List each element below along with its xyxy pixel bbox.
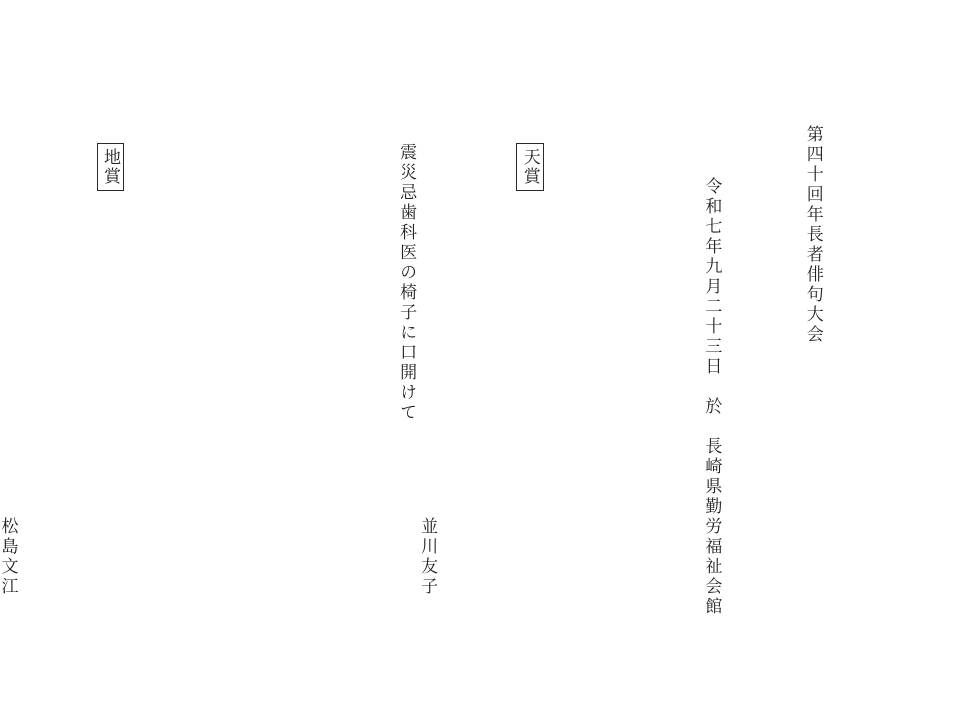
award-heaven-label: 天賞	[516, 143, 543, 191]
vertical-text-layout: 第四十回年長者俳句大会 令和七年九月二十三日 於 長崎県勤労福祉会館 天賞 震災…	[0, 85, 890, 685]
award-label-column: 天賞	[494, 85, 565, 685]
award-section-earth: 地賞 肩書のとれて温顔敬老日 松島文江	[0, 85, 190, 685]
author-name: 並川友子	[416, 517, 438, 597]
page-title: 第四十回年長者俳句大会	[802, 85, 824, 685]
award-earth-label: 地賞	[97, 143, 124, 191]
document-page: 第四十回年長者俳句大会 令和七年九月二十三日 於 長崎県勤労福祉会館 天賞 震災…	[0, 0, 960, 725]
haiku-column: 震災忌歯科医の椅子に口開けて 並川友子	[351, 85, 439, 685]
haiku-text: 震災忌歯科医の椅子に口開けて	[397, 143, 416, 423]
award-section-heaven: 天賞 震災忌歯科医の椅子に口開けて 並川友子	[307, 85, 610, 685]
date-venue-line: 令和七年九月二十三日 於 長崎県勤労福祉会館	[700, 85, 722, 685]
award-label-column: 地賞	[75, 85, 146, 685]
author-name: 松島文江	[0, 517, 19, 597]
haiku-column: 肩書のとれて温顔敬老日 松島文江	[0, 85, 20, 685]
